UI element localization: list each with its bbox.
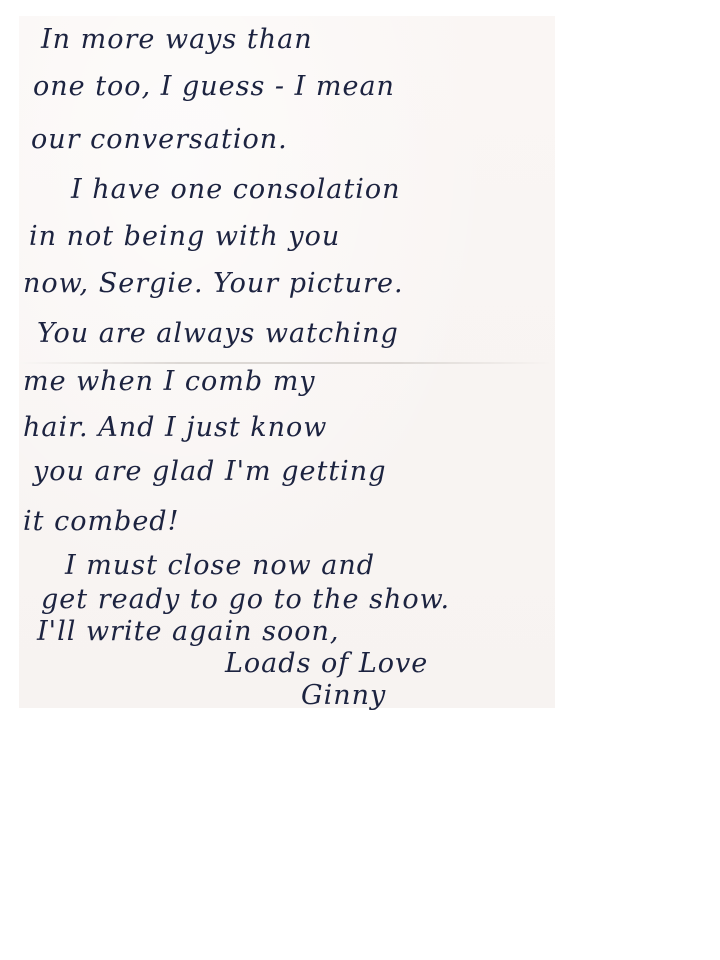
letter-line: me when I comb my	[23, 366, 316, 397]
letter-line: I have one consolation	[71, 174, 401, 205]
letter-line: one too, I guess - I mean	[33, 71, 395, 102]
paper-fold-crease	[19, 362, 555, 364]
letter-line: it combed!	[23, 506, 179, 537]
letter-line: you are glad I'm getting	[33, 456, 386, 487]
letter-line: I must close now and	[65, 550, 375, 581]
letter-line: You are always watching	[37, 318, 399, 349]
letter-line: I'll write again soon,	[37, 616, 339, 647]
letter-line: our conversation.	[31, 124, 288, 155]
letter-line: in not being with you	[29, 221, 340, 252]
letter-page: In more ways than one too, I guess - I m…	[19, 16, 555, 708]
letter-closing: Loads of Love	[225, 648, 428, 679]
letter-line: now, Sergie. Your picture.	[23, 268, 404, 299]
letter-line: hair. And I just know	[23, 412, 327, 443]
letter-line: get ready to go to the show.	[41, 584, 450, 615]
letter-signature: Ginny	[301, 680, 386, 711]
letter-line: In more ways than	[41, 24, 313, 55]
